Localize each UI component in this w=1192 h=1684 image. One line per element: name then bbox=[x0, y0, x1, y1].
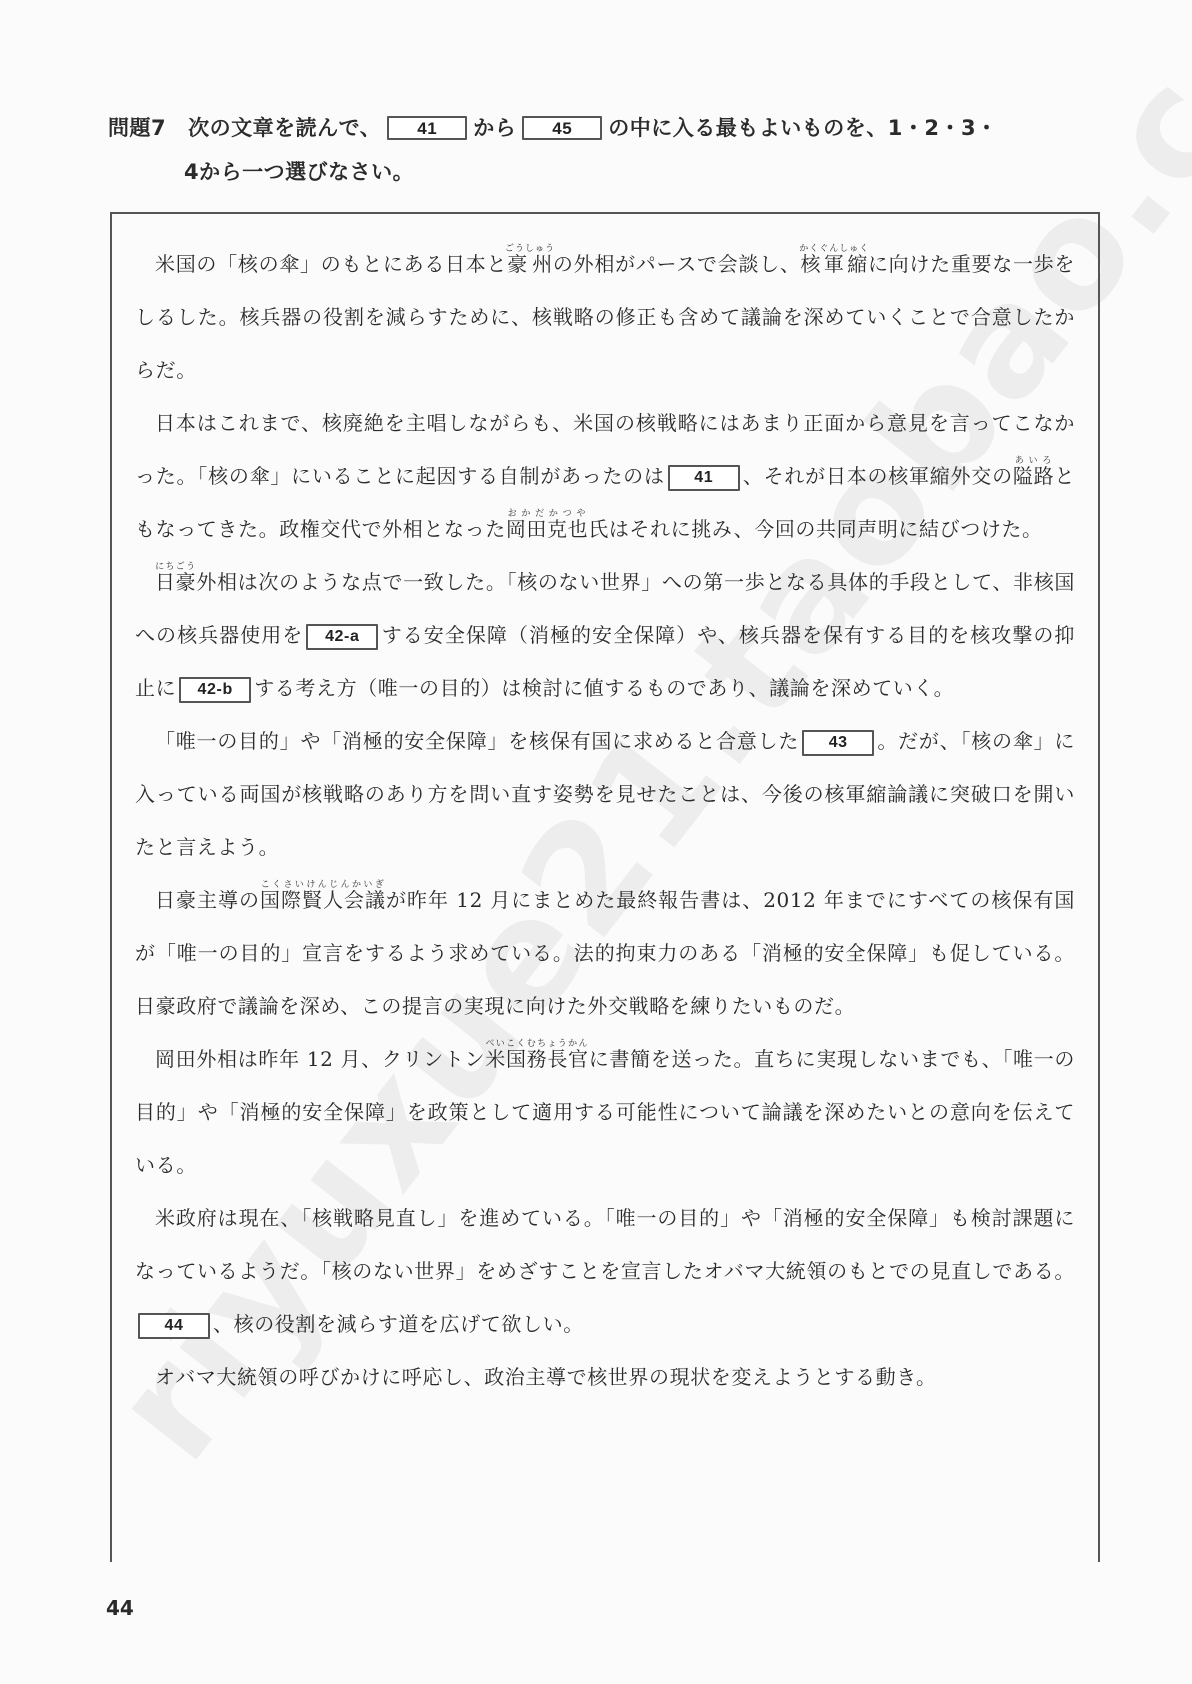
instruction-text: から bbox=[473, 116, 516, 140]
text: オバマ大統領の呼びかけに呼応し、政治主導で核世界の現状を変えようとする動き。 bbox=[155, 1365, 937, 1389]
ruby-annotation: 国際賢人会議こくさいけんじんかいぎ bbox=[260, 888, 386, 912]
text: 氏はそれに挑み、今回の共同声明に結びつけた。 bbox=[588, 517, 1042, 541]
text: 、それが日本の核軍縮外交の bbox=[743, 464, 1013, 488]
ruby-annotation: 隘路あいろ bbox=[1013, 464, 1055, 488]
paragraph-4: 「唯一の目的」や「消極的安全保障」を核保有国に求めると合意した43。だが、「核の… bbox=[135, 715, 1075, 874]
text: の外相がパースで会談し、 bbox=[553, 252, 801, 276]
question-label: 問題7 bbox=[108, 116, 166, 140]
blank-box-45: 45 bbox=[522, 116, 602, 140]
page-number: 44 bbox=[106, 1596, 134, 1620]
text: 米国の「核の傘」のもとにある日本と bbox=[155, 252, 507, 276]
text: する考え方（唯一の目的）は検討に値するものであり、議論を深めていく。 bbox=[254, 676, 954, 700]
blank-box-41: 41 bbox=[387, 116, 467, 140]
blank-box-42a: 42-a bbox=[306, 624, 378, 650]
paragraph-1: 米国の「核の傘」のもとにある日本と豪州ごうしゅうの外相がパースで会談し、核軍縮か… bbox=[135, 238, 1075, 397]
paragraph-8: オバマ大統領の呼びかけに呼応し、政治主導で核世界の現状を変えようとする動き。 bbox=[135, 1351, 1075, 1404]
reading-passage: 米国の「核の傘」のもとにある日本と豪州ごうしゅうの外相がパースで会談し、核軍縮か… bbox=[135, 238, 1075, 1404]
instruction-text: の中に入る最もよいものを、1・2・3・ bbox=[608, 116, 997, 140]
text: 、核の役割を減らす道を広げて欲しい。 bbox=[213, 1312, 584, 1336]
blank-box-43: 43 bbox=[802, 730, 874, 756]
ruby-annotation: 米国務長官べいこくむちょうかん bbox=[485, 1047, 588, 1071]
ruby-annotation: 岡田克也おかだかつや bbox=[506, 517, 588, 541]
paragraph-3: 日豪にちごう外相は次のような点で一致した。「核のない世界」への第一歩となる具体的… bbox=[135, 556, 1075, 715]
document-page: riyuxue21.taobao.com 問題7次の文章を読んで、41から45の… bbox=[0, 0, 1192, 1684]
text: 岡田外相は昨年 12 月、クリントン bbox=[155, 1047, 485, 1071]
paragraph-6: 岡田外相は昨年 12 月、クリントン米国務長官べいこくむちょうかんに書簡を送った… bbox=[135, 1033, 1075, 1192]
blank-box-42b: 42-b bbox=[179, 677, 251, 703]
paragraph-2: 日本はこれまで、核廃絶を主唱しながらも、米国の核戦略にはあまり正面から意見を言っ… bbox=[135, 397, 1075, 556]
ruby-annotation: 日豪にちごう bbox=[155, 570, 196, 594]
blank-box-44: 44 bbox=[138, 1313, 210, 1339]
instruction-text: 次の文章を読んで、 bbox=[188, 116, 381, 140]
paragraph-5: 日豪主導の国際賢人会議こくさいけんじんかいぎが昨年 12 月にまとめた最終報告書… bbox=[135, 874, 1075, 1033]
text: 日豪主導の bbox=[155, 888, 260, 912]
question-instruction: 問題7次の文章を読んで、41から45の中に入る最もよいものを、1・2・3・ 4か… bbox=[108, 106, 1108, 194]
ruby-annotation: 豪州ごうしゅう bbox=[507, 252, 553, 276]
text: 米政府は現在、「核戦略見直し」を進めている。「唯一の目的」や「消極的安全保障」も… bbox=[135, 1206, 1075, 1283]
paragraph-7: 米政府は現在、「核戦略見直し」を進めている。「唯一の目的」や「消極的安全保障」も… bbox=[135, 1192, 1075, 1351]
blank-box-41: 41 bbox=[668, 465, 740, 491]
instruction-line-2: 4から一つ選びなさい。 bbox=[108, 150, 1108, 194]
text: 「唯一の目的」や「消極的安全保障」を核保有国に求めると合意した bbox=[155, 729, 799, 753]
ruby-annotation: 核軍縮かくぐんしゅく bbox=[801, 252, 868, 276]
